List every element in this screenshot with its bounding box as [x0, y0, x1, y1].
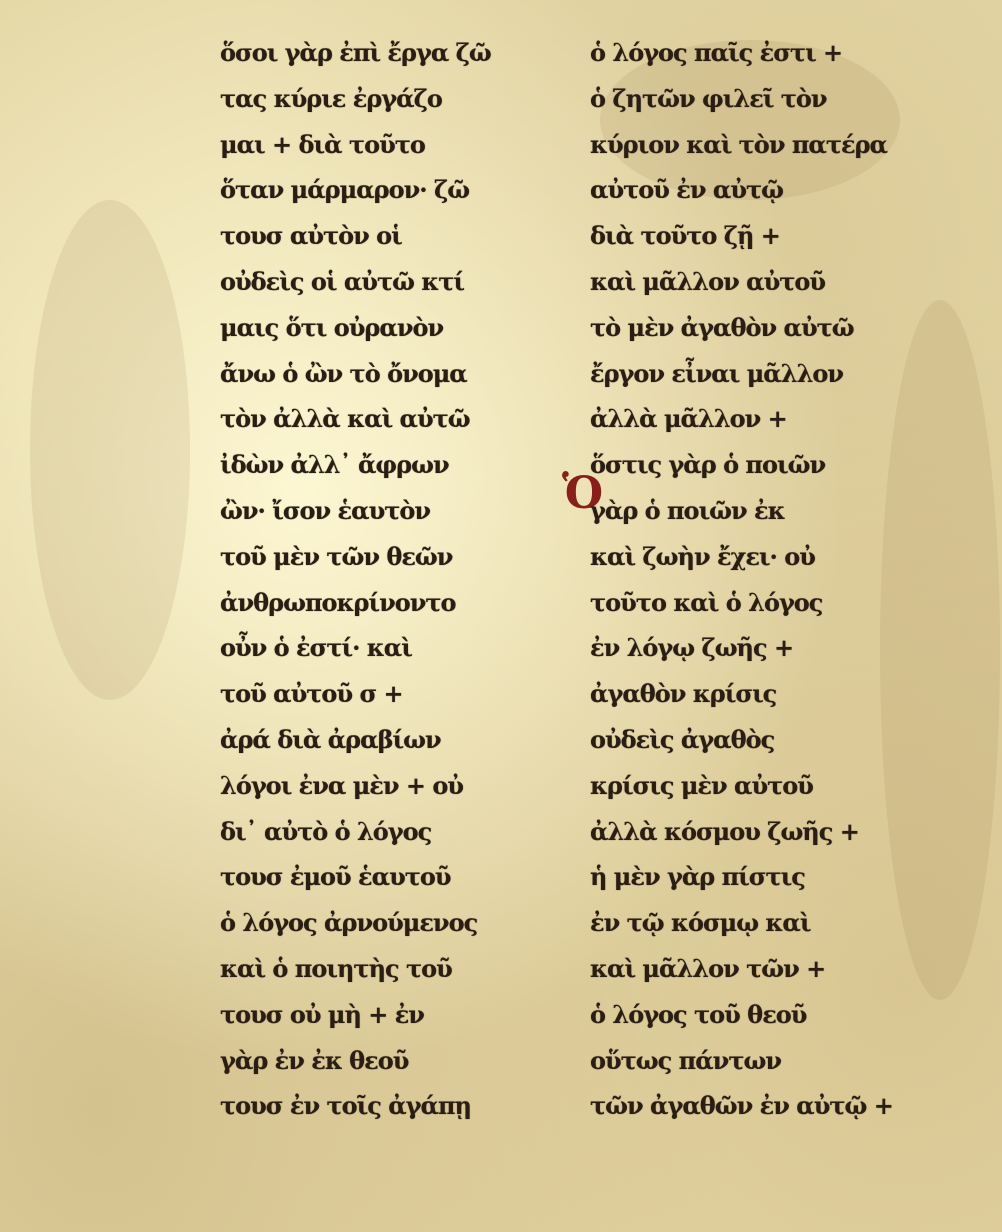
text-line: διὰ τοῦτο ζῇ + — [590, 213, 970, 259]
text-line: μαις ὅτι οὐρανὸν — [220, 305, 520, 351]
text-line: ἀγαθὸν κρίσις — [590, 671, 970, 717]
text-line: οὐδεὶς ἀγαθὸς — [590, 717, 970, 763]
text-line: ὢν· ἴσον ἑαυτὸν — [220, 488, 520, 534]
text-line: τὸν ἀλλὰ καὶ αὐτῶ — [220, 396, 520, 442]
text-line: τας κύριε ἐργάζο — [220, 76, 520, 122]
text-line: ἀνθρωποκρίνοντο — [220, 580, 520, 626]
text-line: ἡ μὲν γὰρ πίστις — [590, 854, 970, 900]
text-line: τὸ μὲν ἀγαθὸν αὐτῶ — [590, 305, 970, 351]
manuscript-page: ὅσοι γὰρ ἐπὶ ἔργα ζῶτας κύριε ἐργάζομαι … — [0, 0, 1002, 1232]
text-line: ἄνω ὁ ὢν τὸ ὄνομα — [220, 351, 520, 397]
left-text-column: ὅσοι γὰρ ἐπὶ ἔργα ζῶτας κύριε ἐργάζομαι … — [220, 30, 520, 1129]
text-line: καὶ μᾶλλον τῶν + — [590, 946, 970, 992]
text-line: ἐν λόγῳ ζωῆς + — [590, 625, 970, 671]
text-line: ἐν τῷ κόσμῳ καὶ — [590, 900, 970, 946]
text-line: τουσ ἐν τοῖς ἀγάπῃ — [220, 1083, 520, 1129]
text-line: ἀρά διὰ ἀραβίων — [220, 717, 520, 763]
text-line: ὅταν μάρμαρον· ζῶ — [220, 167, 520, 213]
text-line: ὁ λόγος ἀρνούμενος — [220, 900, 520, 946]
text-line: ὅσοι γὰρ ἐπὶ ἔργα ζῶ — [220, 30, 520, 76]
text-line: τουσ οὐ μὴ + ἐν — [220, 992, 520, 1038]
text-line: ὅστις γὰρ ὁ ποιῶν — [590, 442, 970, 488]
text-line: τουσ αὐτὸν οἱ — [220, 213, 520, 259]
text-line: ὁ ζητῶν φιλεῖ τὸν — [590, 76, 970, 122]
text-line: ἀλλὰ μᾶλλον + — [590, 396, 970, 442]
text-line: τοῦ μὲν τῶν θεῶν — [220, 534, 520, 580]
stain — [30, 200, 190, 700]
text-line: γὰρ ὁ ποιῶν ἐκ — [590, 488, 970, 534]
text-line: τῶν ἀγαθῶν ἐν αὐτῷ + — [590, 1083, 970, 1129]
text-line: τοῦ αὐτοῦ σ + — [220, 671, 520, 717]
text-line: οὕτως πάντων — [590, 1038, 970, 1084]
text-line: καὶ ζωὴν ἔχει· οὐ — [590, 534, 970, 580]
text-line: κύριον καὶ τὸν πατέρα — [590, 122, 970, 168]
text-line: δι᾽ αὐτὸ ὁ λόγος — [220, 809, 520, 855]
text-line: ἔργον εἶναι μᾶλλον — [590, 351, 970, 397]
text-line: γὰρ ἐν ἐκ θεοῦ — [220, 1038, 520, 1084]
text-line: καὶ μᾶλλον αὐτοῦ — [590, 259, 970, 305]
text-line: οὐδεὶς οἱ αὐτῶ κτί — [220, 259, 520, 305]
text-line: καὶ ὁ ποιητὴς τοῦ — [220, 946, 520, 992]
right-text-column: ὁ λόγος παῖς ἐστι +ὁ ζητῶν φιλεῖ τὸνκύρι… — [590, 30, 970, 1129]
text-line: μαι + διὰ τοῦτο — [220, 122, 520, 168]
text-line: ἀλλὰ κόσμου ζωῆς + — [590, 809, 970, 855]
text-line: ὁ λόγος τοῦ θεοῦ — [590, 992, 970, 1038]
text-line: ἰδὼν ἀλλ᾽ ἄφρων — [220, 442, 520, 488]
text-line: τουσ ἐμοῦ ἑαυτοῦ — [220, 854, 520, 900]
text-line: αὐτοῦ ἐν αὐτῷ — [590, 167, 970, 213]
text-line: τοῦτο καὶ ὁ λόγος — [590, 580, 970, 626]
text-line: κρίσις μὲν αὐτοῦ — [590, 763, 970, 809]
text-line: ὁ λόγος παῖς ἐστι + — [590, 30, 970, 76]
text-line: οὖν ὁ ἐστί· καὶ — [220, 625, 520, 671]
text-line: λόγοι ἐνα μὲν + οὐ — [220, 763, 520, 809]
